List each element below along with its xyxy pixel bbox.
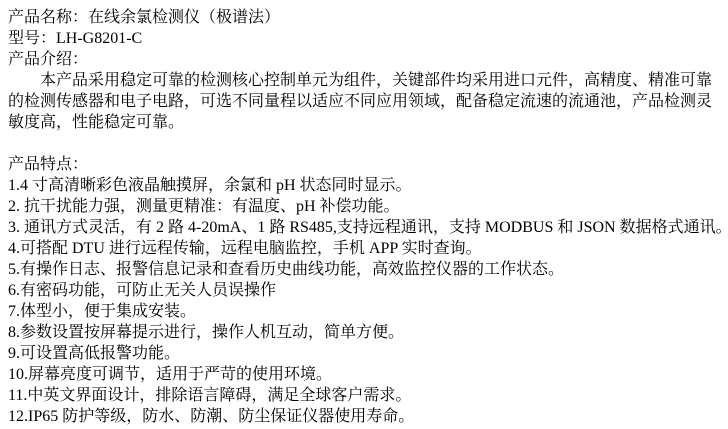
feature-item-2: 2. 抗干扰能力强，测量更精准：有温度、pH 补偿功能。 (8, 196, 726, 217)
feature-item-8: 8.参数设置按屏幕提示进行，操作人机互动，简单方便。 (8, 322, 726, 343)
intro-heading: 产品介绍： (8, 49, 726, 70)
features-heading: 产品特点： (8, 154, 726, 175)
feature-item-12: 12.IP65 防护等级，防水、防潮、防尘保证仪器使用寿命。 (8, 406, 726, 427)
feature-item-1: 1.4 寸高清晰彩色液晶触摸屏，余氯和 pH 状态同时显示。 (8, 175, 726, 196)
feature-item-6: 6.有密码功能，可防止无关人员误操作 (8, 280, 726, 301)
feature-item-3: 3. 通讯方式灵活，有 2 路 4-20mA、1 路 RS485,支持远程通讯，… (8, 217, 726, 238)
feature-item-9: 9.可设置高低报警功能。 (8, 343, 726, 364)
product-description-document: 产品名称：在线余氯检测仪（极谱法） 型号：LH-G8201-C 产品介绍： 本产… (0, 0, 728, 427)
feature-item-7: 7.体型小，便于集成安装。 (8, 301, 726, 322)
feature-item-10: 10.屏幕亮度可调节，适用于严苛的使用环境。 (8, 364, 726, 385)
intro-paragraph: 本产品采用稳定可靠的检测核心控制单元为组件，关键部件均采用进口元件，高精度、精准… (8, 70, 726, 133)
feature-item-11: 11.中英文界面设计，排除语言障碍，满足全球客户需求。 (8, 385, 726, 406)
product-name-line: 产品名称：在线余氯检测仪（极谱法） (8, 7, 726, 28)
model-number-line: 型号：LH-G8201-C (8, 28, 726, 49)
feature-item-4: 4.可搭配 DTU 进行远程传输，远程电脑监控，手机 APP 实时查询。 (8, 238, 726, 259)
feature-item-5: 5.有操作日志、报警信息记录和查看历史曲线功能，高效监控仪器的工作状态。 (8, 259, 726, 280)
